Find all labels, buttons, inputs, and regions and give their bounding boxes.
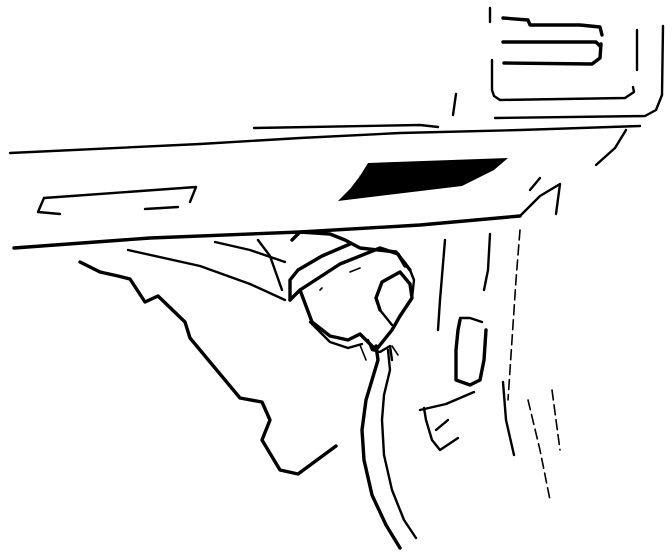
dash-slot-left [38, 187, 196, 214]
wiring-harness [360, 340, 416, 548]
dashboard-panel [10, 125, 640, 248]
connector-illustration [0, 0, 672, 558]
bracket-panel [80, 240, 336, 474]
diagnostic-connector [290, 232, 414, 350]
side-clip [420, 320, 486, 450]
dash-vent-grille [338, 158, 508, 201]
dash-vent-upper [453, 8, 663, 118]
